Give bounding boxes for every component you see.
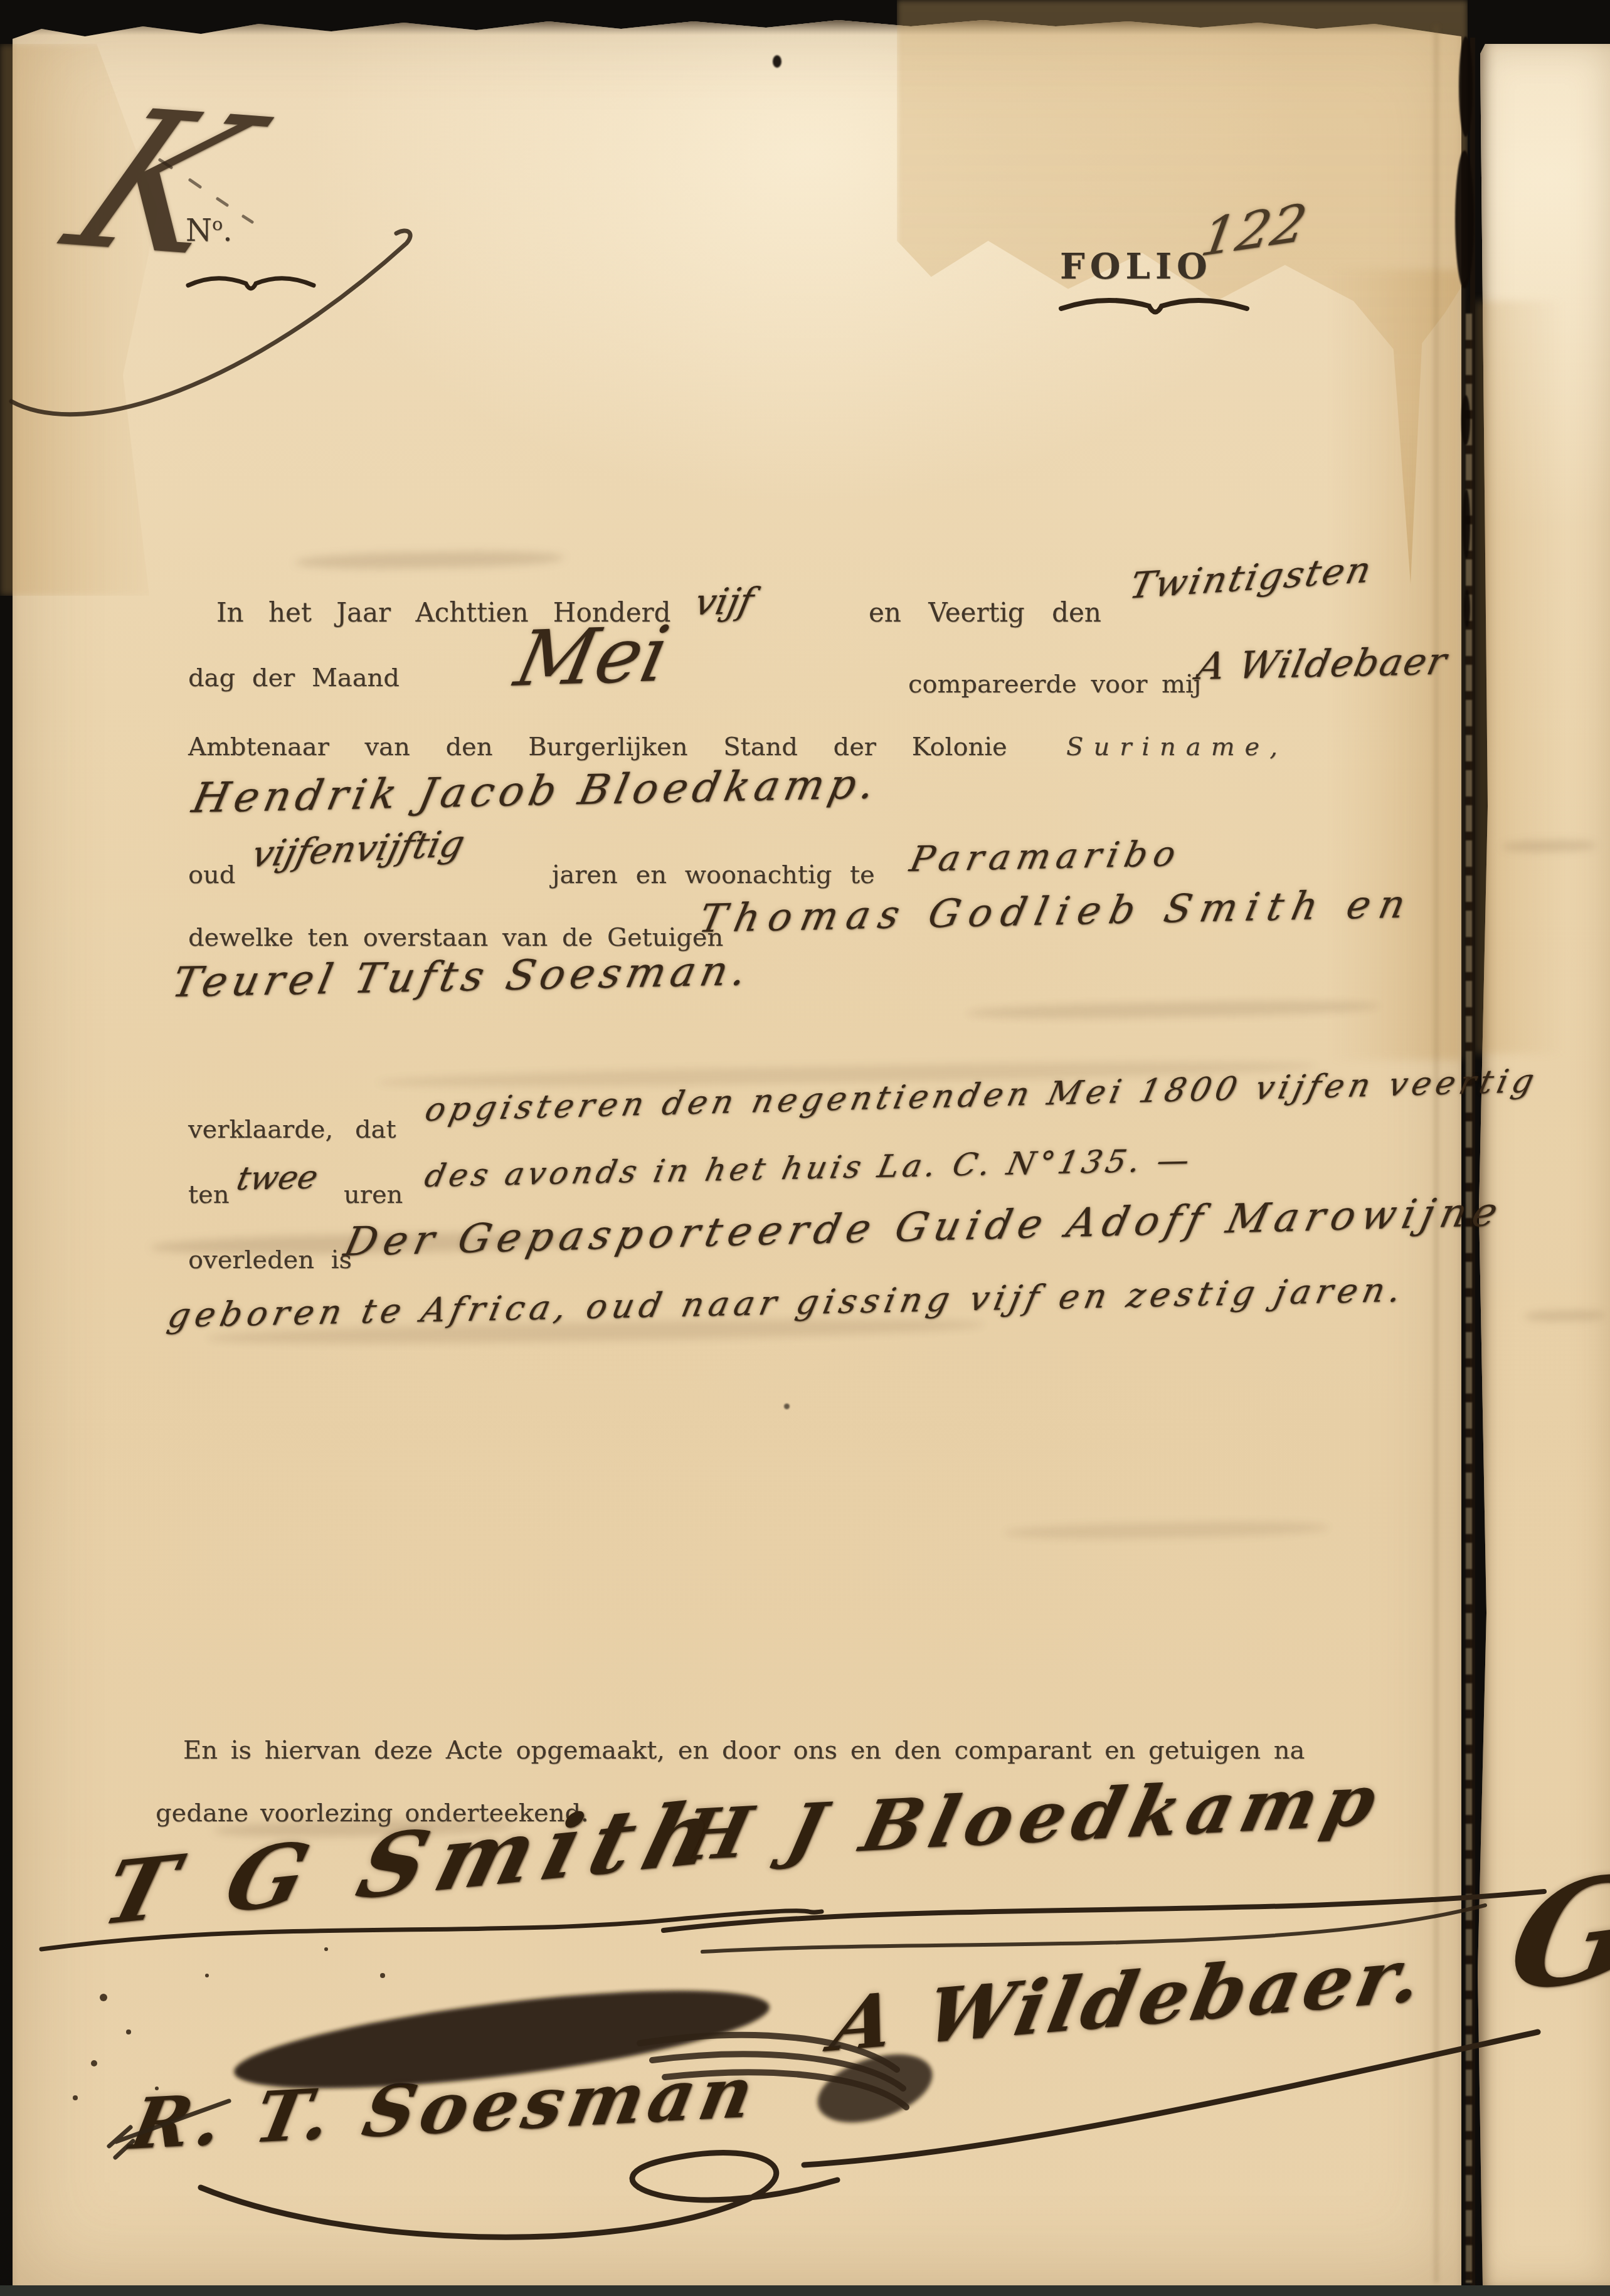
act-line1-printed-b: en Veertig den xyxy=(869,597,1101,628)
act-line10-printed: overleden is xyxy=(188,1246,352,1274)
act-line2-printed-a: dag der Maand xyxy=(188,664,400,692)
handwritten-hour: twee xyxy=(233,1158,321,1198)
act-line3-printed: Ambtenaar van den Burgerlijken Stand der… xyxy=(188,733,1007,761)
number-label-dot: . xyxy=(223,213,232,248)
number-label-o: o xyxy=(212,213,223,235)
act-line3-colony: Suriname, xyxy=(1066,733,1288,761)
scanner-background xyxy=(0,2285,1610,2296)
document-scan: K No. FOLIO 122 In het Jaar Achttien Hon… xyxy=(0,0,1610,2296)
act-line2-printed-b: compareerde voor mij xyxy=(908,670,1201,699)
handwritten-year: vijf xyxy=(691,579,757,623)
act-line8-printed: verklaarde, dat xyxy=(188,1115,396,1144)
handwritten-official: A Wildebaer xyxy=(1193,640,1451,689)
act-line9-printed-a: ten xyxy=(188,1180,230,1209)
handwritten-month: Mei xyxy=(508,610,676,704)
act-line6-printed: dewelke ten overstaan van de Getuigen xyxy=(188,923,723,952)
act-line9-printed-b: uren xyxy=(344,1180,403,1209)
handwritten-residence: Paramaribo xyxy=(906,833,1185,880)
closing-line-1: En is hiervan deze Acte opgemaakt, en do… xyxy=(183,1736,1305,1765)
number-label-n: N xyxy=(186,213,212,248)
binding-torn-edge xyxy=(1466,314,1472,2283)
page-fold xyxy=(1434,25,1439,2283)
number-label: No. xyxy=(186,213,233,248)
act-line5-printed-a: oud xyxy=(188,860,235,889)
folio-label: FOLIO xyxy=(1060,246,1212,287)
act-line5-printed-b: jaren en woonachtig te xyxy=(552,860,875,889)
